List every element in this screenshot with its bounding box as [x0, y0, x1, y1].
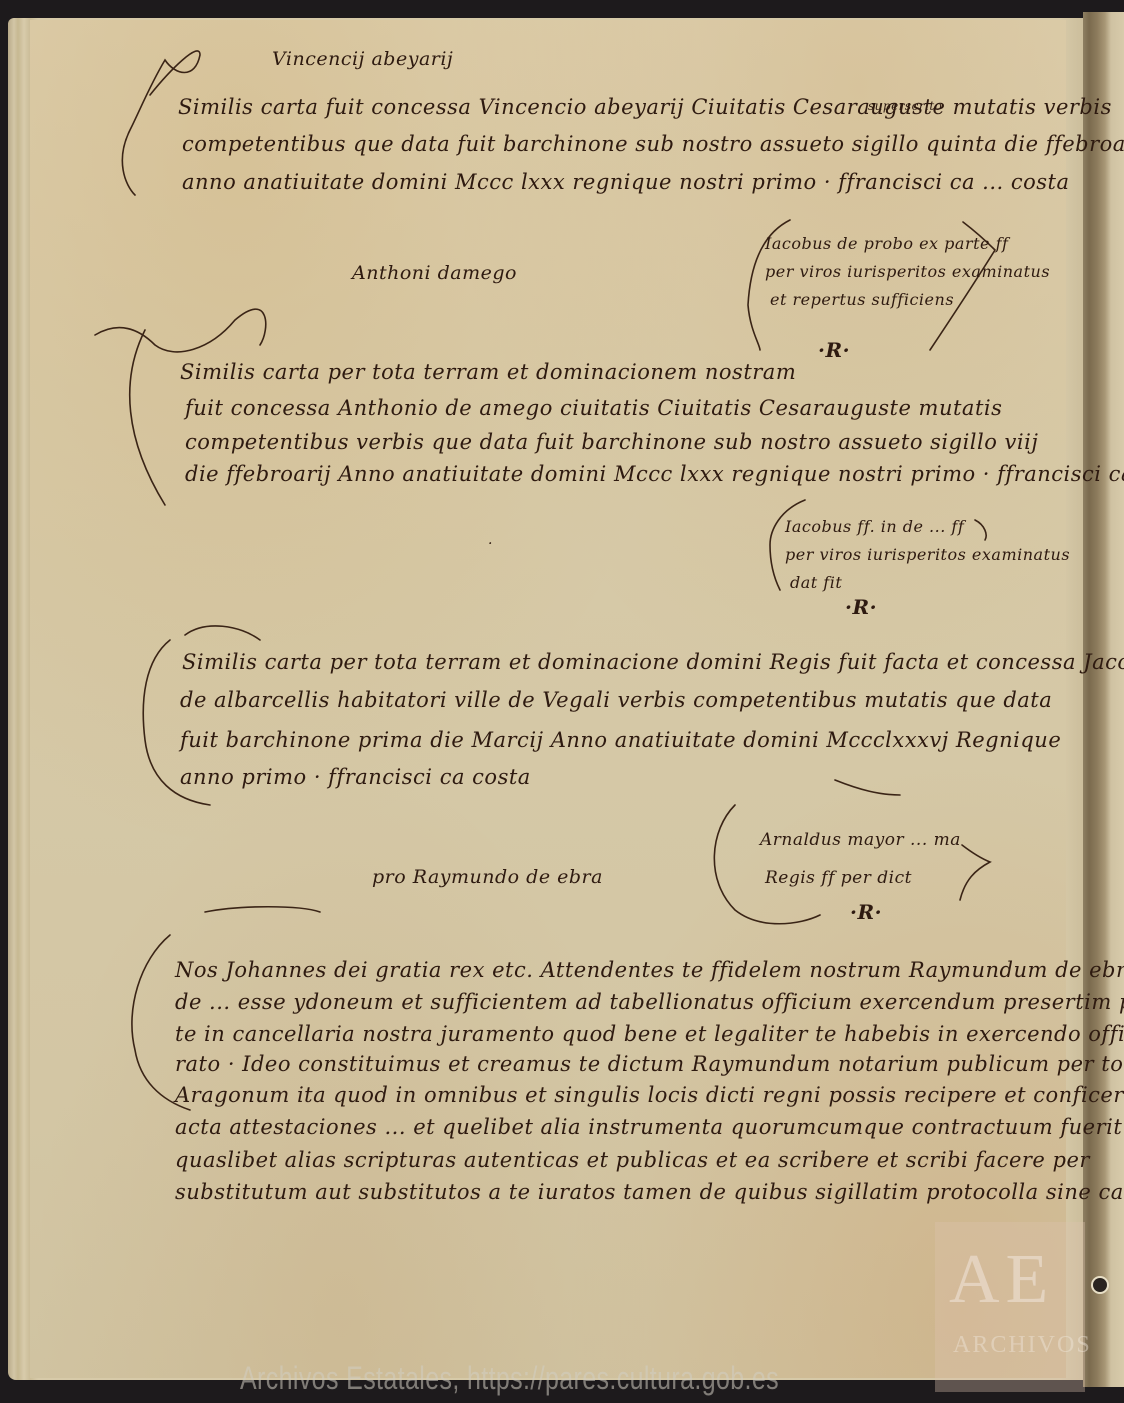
archive-watermark-text: Archivos Estatales, https://pares.cultur… [240, 1360, 779, 1397]
margin-note-mark: ·R· [850, 900, 882, 924]
margin-note-line: Arnaldus mayor ... ma [760, 828, 961, 852]
margin-note-line: et repertus sufficiens [770, 288, 954, 312]
margin-note-line: per viros iurisperitos examinatus [765, 260, 1050, 284]
margin-note-mark: ·R· [818, 338, 850, 362]
entry-heading: Vincencij abeyarij [272, 48, 453, 70]
margin-note-line: Iacobus de probo ex parte ff [765, 232, 1008, 256]
text-line: fuit concessa Anthonio de amego ciuitati… [185, 396, 1002, 420]
text-line: quaslibet alias scripturas autenticas et… [175, 1148, 1090, 1172]
text-line: Aragonum ita quod in omnibus et singulis… [175, 1083, 1124, 1107]
logo-text: AE [949, 1240, 1054, 1320]
text-line: Nos Johannes dei gratia rex etc. Attende… [175, 958, 1124, 982]
binding-hole [1093, 1278, 1107, 1292]
text-line: Similis carta fuit concessa Vincencio ab… [178, 95, 1112, 119]
text-line: rato · Ideo constituimus et creamus te d… [175, 1052, 1124, 1076]
archive-logo-watermark: AE ARCHIVOS [935, 1222, 1085, 1392]
margin-note-line: Regis ff per dict [765, 866, 912, 890]
text-line: te in cancellaria nostra juramento quod … [175, 1022, 1124, 1046]
text-line: de albarcellis habitatori ville de Vegal… [180, 688, 1052, 712]
text-line: anno anatiuitate domini Mccc lxxx regniq… [182, 170, 1070, 194]
text-line: competentibus que data fuit barchinone s… [182, 132, 1124, 156]
text-line: acta attestaciones ... et quelibet alia … [175, 1115, 1124, 1139]
ink-dot: · [488, 536, 493, 552]
entry-heading: pro Raymundo de ebra [372, 866, 603, 888]
margin-note-line: dat fit [790, 571, 842, 595]
margin-note-line: per viros iurisperitos examinatus [785, 543, 1070, 567]
margin-note-line: Iacobus ff. in de ... ff [785, 515, 964, 539]
text-line: Similis carta per tota terram et dominac… [180, 360, 796, 384]
text-line: fuit barchinone prima die Marcij Anno an… [180, 728, 1061, 752]
text-line: die ffebroarij Anno anatiuitate domini M… [185, 462, 1124, 486]
text-line: de ... esse ydoneum et sufficientem ad t… [175, 990, 1124, 1014]
entry-heading: Anthoni damego [352, 262, 517, 284]
text-line: competentibus verbis que data fuit barch… [185, 430, 1038, 454]
logo-subtext: ARCHIVOS [953, 1332, 1092, 1359]
text-line: Similis carta per tota terram et dominac… [182, 650, 1124, 674]
text-line: substitutum aut substitutos a te iuratos… [175, 1180, 1124, 1204]
text-line: anno primo · ffrancisci ca costa [180, 765, 531, 789]
margin-note-mark: ·R· [845, 595, 877, 619]
